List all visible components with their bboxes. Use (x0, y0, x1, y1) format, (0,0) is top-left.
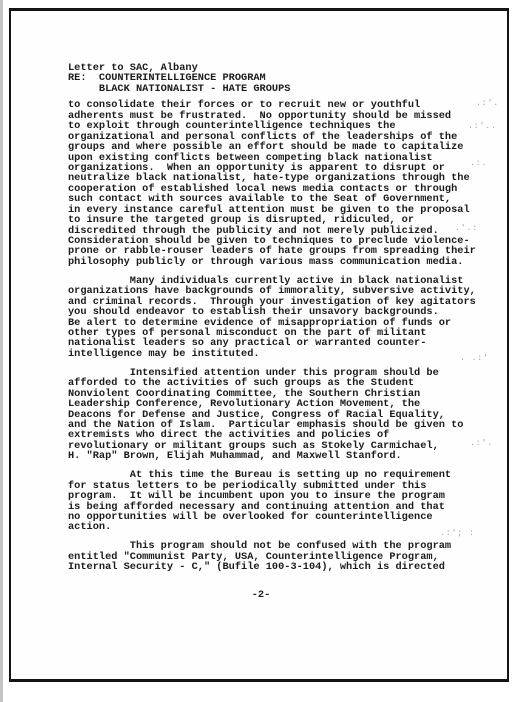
paragraph-3: Intensified attention under this program… (68, 368, 488, 462)
letter-header: Letter to SAC, Albany RE: COUNTERINTELLI… (68, 63, 488, 94)
scan-noise: .:'; : (440, 530, 475, 538)
scan-noise: .:. (470, 160, 487, 168)
scan-noise: .:'. (476, 100, 499, 108)
paragraph-5: This program should not be confused with… (68, 541, 488, 572)
scan-noise: .:'. (470, 440, 493, 448)
text-line: H. "Rap" Brown, Elijah Muhammad, and Max… (68, 451, 488, 461)
paragraph-4: At this time the Bureau is setting up no… (68, 470, 488, 533)
text-line: no opportunities will be overlooked for … (68, 512, 488, 522)
paragraph-1: to consolidate their forces or to recrui… (68, 100, 488, 267)
header-subject-detail: BLACK NATIONALIST - HATE GROUPS (68, 84, 488, 94)
page-number: -2- (0, 589, 522, 601)
text-line: philosophy publicly or through various m… (68, 257, 488, 267)
paragraph-2: Many individuals currently active in bla… (68, 276, 488, 360)
letter-body: Letter to SAC, Albany RE: COUNTERINTELLI… (68, 63, 488, 581)
text-line: action. (68, 522, 488, 532)
text-line: groups and where possible an effort shou… (68, 142, 488, 152)
text-line: Leadership Conference, Revolutionary Act… (68, 399, 488, 409)
text-line: to insure the targeted group is disrupte… (68, 215, 488, 225)
text-line: Internal Security - C," (Bufile 100-3-10… (68, 562, 488, 572)
text-line: intelligence may be instituted. (68, 349, 488, 359)
scan-noise: . .:' (460, 355, 489, 363)
text-line: you should endeavor to establish their u… (68, 307, 488, 317)
scan-noise: .:'.. (468, 123, 497, 131)
text-line: program. It will be incumbent upon you t… (68, 491, 488, 501)
scan-noise: .'.: (455, 225, 478, 233)
